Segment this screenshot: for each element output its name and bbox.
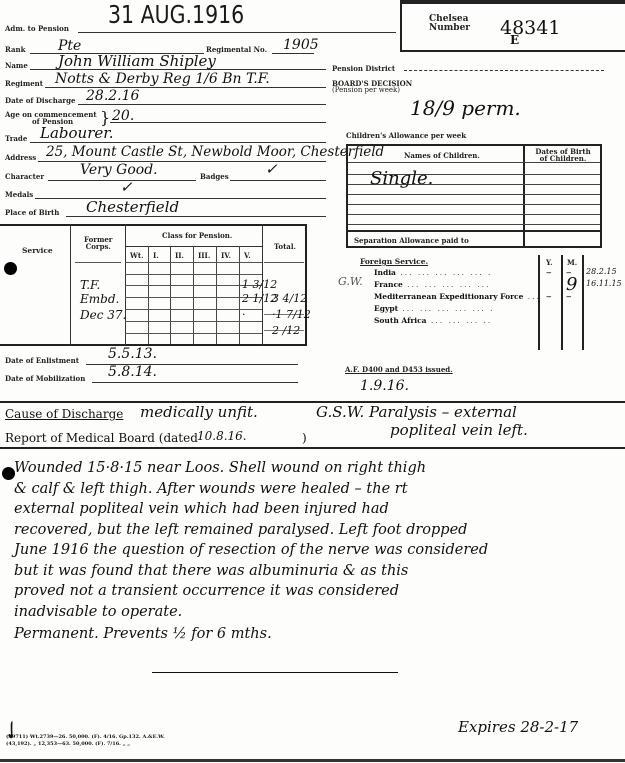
adm-to-pension-label: Adm. to Pension [5,24,69,33]
foreign-service-row: South Africa ... ... ... .. [374,316,492,325]
place-of-birth-value: Chesterfield [86,198,179,216]
notes-line: Wounded 15·8·15 near Loos. Shell wound o… [14,458,488,479]
trade-label: Trade [5,134,27,143]
class-header-4: IV. [221,251,231,260]
af-issued-label: A.F. D400 and D453 issued. [345,365,453,374]
medical-board-close: ) [302,431,307,445]
foreign-service-place: India [374,268,396,277]
service-total-3: 2 /12 [272,324,300,337]
notes-line: inadvisable to operate. [14,602,488,623]
class-header-5: V. [244,251,251,260]
children-dates-header: Dates of Birth of Children. [528,148,598,162]
class-header-2: II. [175,251,184,260]
foreign-service-row: Egypt ... ... ... ... ... . [374,304,494,313]
foreign-service-place: Mediterranean Expeditionary Force [374,292,523,301]
service-total-1: 3 4/12 [272,292,307,305]
expires-note: Expires 28-2-17 [458,718,578,736]
chelsea-number-box: Chelsea Number 48341 E [400,0,625,52]
chelsea-suffix: E [510,33,519,47]
regimental-no-value: 1905 [283,37,319,53]
regiment-label: Regiment [5,79,43,88]
medical-notes: Wounded 15·8·15 near Loos. Shell wound o… [14,458,488,645]
service-label: Service [22,246,53,255]
print-line-1: (39711) Wt.2739—26. 50,000. (F). 4/16. G… [6,734,165,741]
boards-decision-value: 18/9 perm. [410,96,521,120]
date-of-discharge-value: 28.2.16 [86,88,139,104]
print-line: (39711) Wt.2739—26. 50,000. (F). 4/16. G… [6,734,165,748]
service-class-v-0: 1 3/12 [242,278,277,291]
foreign-service-row: India ... ... ... ... ... . [374,268,492,277]
punch-hole [4,262,17,275]
character-label: Character [5,172,44,181]
children-names-header: Names of Children. [404,151,480,160]
service-corps-1: Embd. [80,292,119,306]
foreign-service-title: Foreign Service. [360,257,428,266]
total-header: Total. [274,242,296,251]
cause-of-discharge-value: medically unfit. [140,403,258,421]
foreign-m-value: – [566,290,572,303]
former-corps-line2: Corps. [84,243,113,250]
mobilization-label: Date of Mobilization [5,374,85,383]
children-entry: Single. [370,168,433,189]
foreign-service-row: Mediterranean Expeditionary Force ... [374,292,541,301]
notes-line: recovered, but the left remained paralys… [14,520,488,541]
children-dates-header-line2: of Children. [528,155,598,162]
notes-line: June 1916 the question of resection of t… [14,540,488,561]
foreign-service-place: France [374,280,403,289]
badges-value: ✓ [265,160,278,178]
separation-allowance-label: Separation Allowance paid to [354,236,469,245]
badges-label: Badges [200,172,229,181]
foreign-service-row: France ... ... ... ... ... [374,280,490,289]
rank-label: Rank [5,45,25,54]
service-total-2: ·1 7/12 [272,308,311,321]
cause-detail-2: popliteal vein left. [390,421,528,439]
medals-label: Medals [5,190,33,199]
foreign-dates-value: 16.11.15 [586,279,622,288]
service-corps-2: Dec 37. [80,308,126,322]
medical-board-label: Report of Medical Board (dated [5,431,198,445]
print-line-2: (43,192). „ 12,353—63. 50,000. (F). 7/16… [6,741,165,748]
chelsea-label-line2: Number [429,24,470,33]
pension-district-label: Pension District [332,64,395,73]
date-of-discharge-label: Date of Discharge [5,96,75,105]
notes-line: but it was found that there was albuminu… [14,561,488,582]
cause-of-discharge-label: Cause of Discharge [5,407,123,421]
trade-value: Labourer. [40,124,114,142]
chelsea-label: Chelsea Number [429,15,470,33]
address-value: 25, Mount Castle St, Newbold Moor, Chest… [46,144,384,160]
boards-decision-sub: (Pension per week) [332,86,400,94]
notes-line: & calf & left thigh. After wounds were h… [14,479,488,500]
service-class-v-2: · [242,308,246,321]
foreign-y-value: – [546,266,552,279]
notes-line: Permanent. Prevents ½ for 6 mths. [14,622,488,645]
former-corps-header: Former Corps. [84,236,113,250]
name-label: Name [5,61,28,70]
notes-line: proved not a transient occurrence it was… [14,581,488,602]
enlistment-label: Date of Enlistment [5,356,79,365]
address-label: Address [5,153,36,162]
af-issued-value: 1.9.16. [360,378,409,394]
foreign-service-place: South Africa [374,316,427,325]
notes-underline [152,672,398,673]
character-value: Very Good. [80,162,158,178]
name-value: John William Shipley [58,52,216,70]
cause-detail-1: G.S.W. Paralysis – external [316,403,517,421]
place-of-birth-label: Place of Birth [5,208,59,217]
notes-line: external popliteal vein which had been i… [14,499,488,520]
foreign-service-place: Egypt [374,304,398,313]
childrens-allowance-label: Children's Allowance per week [346,131,466,140]
age-label: Age on commencement of Pension [5,111,97,125]
class-header-0: Wt. [130,251,144,260]
foreign-service-annotation: G.W. [338,275,363,288]
class-for-pension-header: Class for Pension. [162,231,232,240]
enlistment-value: 5.5.13. [108,346,157,362]
medals-value: ✓ [120,178,133,196]
medical-board-date: 10.8.16. [197,429,247,443]
children-table: Names of Children. Dates of Birth of Chi… [346,144,602,248]
class-header-1: I. [153,251,159,260]
foreign-dates-value: 28.2.15 [586,267,617,276]
class-header-3: III. [198,251,210,260]
regiment-value: Notts & Derby Reg 1/6 Bn T.F. [55,71,270,87]
mobilization-value: 5.8.14. [108,364,157,380]
foreign-y-value: – [546,290,552,303]
date-stamp: 31 AUG.1916 [108,0,244,29]
service-corps-0: T.F. [80,278,100,292]
